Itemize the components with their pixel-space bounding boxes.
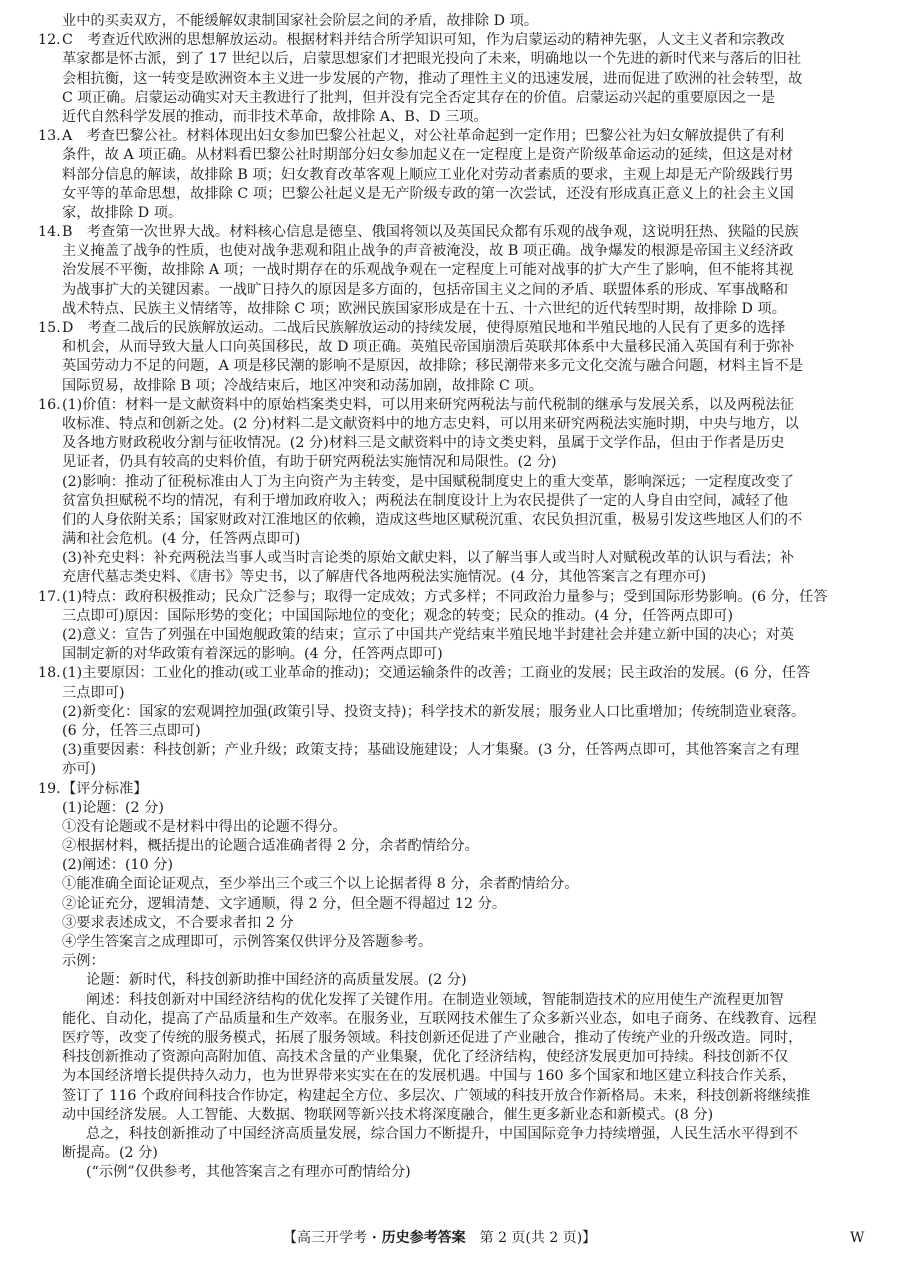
line-text: (6 分，任答三点即可) <box>62 723 201 739</box>
text-line: (1)论题：(2 分) <box>38 799 868 818</box>
footer-title: 【高三开学考 · 历史参考答案 第 2 页(共 2 页)】 <box>283 1228 596 1248</box>
line-text: (2)意义：宣告了列强在中国炮舰政策的结束；宣示了中国共产党结束半殖民地半封建社… <box>62 627 794 643</box>
text-line: 为本国经济增长提供持久动力，也为世界带来实实在在的发展机遇。中国与 160 多个… <box>38 1067 868 1086</box>
line-text: 示例： <box>62 953 105 969</box>
line-text: 论题：新时代，科技创新助推中国经济的高质量发展。(2 分) <box>86 972 467 988</box>
question-line: 18.(1)主要原因：工业化的推动(或工业革命的推动)；交通运输条件的改善；工商… <box>38 664 868 683</box>
line-text: 条件，故 A 项正确。从材料看巴黎公社时期部分妇女参加起义在一定程度上是资产阶级… <box>62 147 793 163</box>
line-text: ②论证充分，逻辑清楚、文字通顺，得 2 分，但全题不得超过 12 分。 <box>62 896 506 912</box>
question-number: 18. <box>38 664 62 683</box>
text-line: 治发展不平衡，故排除 A 项；一战时期存在的乐观战争观在一定程度上可能对战事的扩… <box>38 261 868 280</box>
text-line: 家，故排除 D 项。 <box>38 204 868 223</box>
text-line: 会相抗衡，这一转变是欧洲资本主义进一步发展的产物，推动了理性主义的迅速发展，进而… <box>38 70 868 89</box>
text-line: 国制定新的对华政策有着深远的影响。(4 分，任答两点即可) <box>38 645 868 664</box>
line-text: (1)价值：材料一是文献资料中的原始档案类史料，可以用来研究两税法与前代税制的继… <box>62 397 794 413</box>
line-text: 科技创新推动了资源向高附加值、高技术含量的产业集聚，优化了经济结构，使经济发展更… <box>62 1049 788 1065</box>
line-text: 战术特点、民族主义情绪等，故排除 C 项；欧洲民族国家形成是在十五、十六世纪的近… <box>62 301 786 317</box>
question-number: 19. <box>38 780 62 799</box>
line-text: ①能准确全面论证观点，至少举出三个或三个以上论据者得 8 分，余者酌情给分。 <box>62 876 579 892</box>
line-text: (3)补充史料：补充两税法当事人或当时言论类的原始文献史料，以了解当事人或当时人… <box>62 550 794 566</box>
line-text: 主义掩盖了战争的性质，也使对战争悲观和阻止战争的声音被淹没，故 B 项正确。战争… <box>62 243 793 259</box>
line-text: ①没有论题或不是材料中得出的论题不得分。 <box>62 819 347 835</box>
text-line: 近代自然科学发展的推动，而非技术革命，故排除 A、B、D 三项。 <box>38 108 868 127</box>
line-text: 们的人身依附关系；国家财政对江淮地区的依赖，造成这些地区赋税沉重、农民负担沉重，… <box>62 512 802 528</box>
line-text: C 项正确。启蒙运动确实对天主教进行了批判，但并没有完全否定其存在的价值。启蒙运… <box>62 90 775 106</box>
text-line: 满和社会危机。(4 分，任答两点即可) <box>38 530 868 549</box>
text-line: 料部分信息的解读，故排除 B 项；妇女教育改革客观上顺应工业化对劳动者素质的要求… <box>38 166 868 185</box>
text-line: 革家都是怀古派，到了 17 世纪以后，启蒙思想家们才把眼光投向了未来，明确地以一… <box>38 50 868 69</box>
line-text: 总之，科技创新推动了中国经济高质量发展，综合国力不断提升，中国国际竞争力持续增强… <box>86 1126 798 1142</box>
line-text: ③要求表述成文，不合要求者扣 2 分 <box>62 915 294 931</box>
line-text: (1)主要原因：工业化的推动(或工业革命的推动)；交通运输条件的改善；工商业的发… <box>62 665 810 681</box>
page-footer: 【高三开学考 · 历史参考答案 第 2 页(共 2 页)】 W <box>0 1228 900 1248</box>
line-text: (1)论题：(2 分) <box>62 800 164 816</box>
answer-document: 业中的买卖双方，不能缓解奴隶制国家社会阶层之间的矛盾，故排除 D 项。12.C … <box>38 12 868 1182</box>
line-text: 为战事扩大的关键因素。一战旷日持久的原因是多方面的，包括帝国主义之间的矛盾、联盟… <box>62 282 788 298</box>
text-line: 三点即可)原因：国际形势的变化；中国国际地位的变化；观念的转变；民众的推动。(4… <box>38 607 868 626</box>
text-line: 医疗等，改变了传统的服务模式，拓展了服务领域。科技创新还促进了产业融合，推动了传… <box>38 1029 868 1048</box>
text-line: 女平等的革命思想，故排除 C 项；巴黎公社起义是无产阶级专政的第一次尝试，还没有… <box>38 185 868 204</box>
question-line: 17.(1)特点：政府积极推动；民众广泛参与；取得一定成效；方式多样；不同政治力… <box>38 588 868 607</box>
text-line: 为战事扩大的关键因素。一战旷日持久的原因是多方面的，包括帝国主义之间的矛盾、联盟… <box>38 281 868 300</box>
text-line: (2)阐述：(10 分) <box>38 856 868 875</box>
text-line: 断提高。(2 分) <box>38 1144 868 1163</box>
question-line: 12.C 考查近代欧洲的思想解放运动。根据材料并结合所学知识可知，作为启蒙运动的… <box>38 31 868 50</box>
text-line: (“示例”仅供参考，其他答案言之有理亦可酌情给分) <box>38 1163 868 1182</box>
line-text: ②根据材料，概括提出的论题合适准确者得 2 分，余者酌情给分。 <box>62 838 479 854</box>
text-line: C 项正确。启蒙运动确实对天主教进行了批判，但并没有完全否定其存在的价值。启蒙运… <box>38 89 868 108</box>
question-line: 14.B 考查第一次世界大战。材料核心信息是德皇、俄国将领以及英国民众都有乐观的… <box>38 223 868 242</box>
text-line: 签订了 116 个政府间科技合作协定，构建起全方位、多层次、广领域的科技开放合作… <box>38 1087 868 1106</box>
line-text: (3)重要因素：科技创新；产业升级；政策支持；基础设施建设；人才集聚。(3 分，… <box>62 742 799 758</box>
text-line: 见证者，仍具有较高的史料价值，有助于研究两税法实施情况和局限性。(2 分) <box>38 453 868 472</box>
text-line: 及各地方财政税收分割与征收情况。(2 分)材料三是文献资料中的诗文类史料，虽属于… <box>38 434 868 453</box>
text-line: 三点即可) <box>38 684 868 703</box>
text-line: ②论证充分，逻辑清楚、文字通顺，得 2 分，但全题不得超过 12 分。 <box>38 895 868 914</box>
line-text: A 考查巴黎公社。材料体现出妇女参加巴黎公社起义，对公社革命起到一定作用；巴黎公… <box>62 128 784 144</box>
line-text: 料部分信息的解读，故排除 B 项；妇女教育改革客观上顺应工业化对劳动者素质的要求… <box>62 167 793 183</box>
line-text: 【评分标准】 <box>62 781 147 797</box>
text-line: 总之，科技创新推动了中国经济高质量发展，综合国力不断提升，中国国际竞争力持续增强… <box>38 1125 868 1144</box>
line-text: 阐述：科技创新对中国经济结构的优化发挥了关键作用。在制造业领域，智能制造技术的应… <box>86 992 784 1008</box>
text-line: (6 分，任答三点即可) <box>38 722 868 741</box>
line-text: (“示例”仅供参考，其他答案言之有理亦可酌情给分) <box>86 1164 411 1180</box>
line-text: 会相抗衡，这一转变是欧洲资本主义进一步发展的产物，推动了理性主义的迅速发展，进而… <box>62 71 802 87</box>
line-text: 签订了 116 个政府间科技合作协定，构建起全方位、多层次、广领域的科技开放合作… <box>62 1088 810 1104</box>
text-line: 动中国经济发展。人工智能、大数据、物联网等新兴技术将深度融合，催生更多新业态和新… <box>38 1106 868 1125</box>
text-line: 阐述：科技创新对中国经济结构的优化发挥了关键作用。在制造业领域，智能制造技术的应… <box>38 991 868 1010</box>
line-text: 近代自然科学发展的推动，而非技术革命，故排除 A、B、D 三项。 <box>62 109 488 125</box>
line-text: 及各地方财政税收分割与征收情况。(2 分)材料三是文献资料中的诗文类史料，虽属于… <box>62 435 784 451</box>
text-line: 贫富负担赋税不均的情况，有利于增加政府收入；两税法在制度设计上为农民提供了一定的… <box>38 492 868 511</box>
line-text: 革家都是怀古派，到了 17 世纪以后，启蒙思想家们才把眼光投向了未来，明确地以一… <box>62 51 801 67</box>
text-line: 英国劳动力不足的问题，A 项是移民潮的影响不是原因，故排除；移民潮带来多元文化交… <box>38 357 868 376</box>
line-text: 充唐代墓志类史料、《唐书》等史书，以了解唐代各地两税法实施情况。(4 分，其他答… <box>62 569 706 585</box>
line-text: 医疗等，改变了传统的服务模式，拓展了服务领域。科技创新还促进了产业融合，推动了传… <box>62 1030 802 1046</box>
footer-separator: · <box>367 1230 382 1246</box>
line-text: 治发展不平衡，故排除 A 项；一战时期存在的乐观战争观在一定程度上可能对战事的扩… <box>62 262 793 278</box>
text-line: 论题：新时代，科技创新助推中国经济的高质量发展。(2 分) <box>38 971 868 990</box>
text-line: 充唐代墓志类史料、《唐书》等史书，以了解唐代各地两税法实施情况。(4 分，其他答… <box>38 568 868 587</box>
line-text: 收标准、特点和创新之处。(2 分)材料二是文献资料中的地方志史料，可以用来研究两… <box>62 416 799 432</box>
line-text: (1)特点：政府积极推动；民众广泛参与；取得一定成效；方式多样；不同政治力量参与… <box>62 589 828 605</box>
line-text: 女平等的革命思想，故排除 C 项；巴黎公社起义是无产阶级专政的第一次尝试，还没有… <box>62 186 794 202</box>
line-text: 业中的买卖双方，不能缓解奴隶制国家社会阶层之间的矛盾，故排除 D 项。 <box>62 13 538 29</box>
line-text: 贫富负担赋税不均的情况，有利于增加政府收入；两税法在制度设计上为农民提供了一定的… <box>62 493 788 509</box>
text-line: 示例： <box>38 952 868 971</box>
text-line: ④学生答案言之成理即可，示例答案仅供评分及答题参考。 <box>38 933 868 952</box>
line-text: (2)影响：推动了征税标准由人丁为主向资产为主转变，是中国赋税制度史上的重大变革… <box>62 474 794 490</box>
line-text: 满和社会危机。(4 分，任答两点即可) <box>62 531 300 547</box>
line-text: 英国劳动力不足的问题，A 项是移民潮的影响不是原因，故排除；移民潮带来多元文化交… <box>62 358 803 374</box>
text-line: ②根据材料，概括提出的论题合适准确者得 2 分，余者酌情给分。 <box>38 837 868 856</box>
footer-exam-name: 高三开学考 <box>297 1230 367 1246</box>
line-text: 国制定新的对华政策有着深远的影响。(4 分，任答两点即可) <box>62 646 443 662</box>
text-line: 国际贸易，故排除 B 项；冷战结束后，地区冲突和动荡加剧，故排除 C 项。 <box>38 377 868 396</box>
text-line: 收标准、特点和创新之处。(2 分)材料二是文献资料中的地方志史料，可以用来研究两… <box>38 415 868 434</box>
text-line: (2)新变化：国家的宏观调控加强(政策引导、投资支持)；科学技术的新发展；服务业… <box>38 703 868 722</box>
question-line: 16.(1)价值：材料一是文献资料中的原始档案类史料，可以用来研究两税法与前代税… <box>38 396 868 415</box>
line-text: (2)新变化：国家的宏观调控加强(政策引导、投资支持)；科学技术的新发展；服务业… <box>62 704 805 720</box>
question-number: 13. <box>38 127 62 146</box>
footer-close-bracket: 】 <box>582 1230 596 1246</box>
question-line: 13.A 考查巴黎公社。材料体现出妇女参加巴黎公社起义，对公社革命起到一定作用；… <box>38 127 868 146</box>
text-line: (2)意义：宣告了列强在中国炮舰政策的结束；宣示了中国共产党结束半殖民地半封建社… <box>38 626 868 645</box>
footer-page-info: 第 2 页(共 2 页) <box>466 1230 583 1246</box>
text-line: (3)补充史料：补充两税法当事人或当时言论类的原始文献史料，以了解当事人或当时人… <box>38 549 868 568</box>
line-text: 断提高。(2 分) <box>62 1145 158 1161</box>
text-line: 科技创新推动了资源向高附加值、高技术含量的产业集聚，优化了经济结构，使经济发展更… <box>38 1048 868 1067</box>
text-line: 能化、自动化，提高了产品质量和生产效率。在服务业，互联网技术催生了众多新兴业态，… <box>38 1010 868 1029</box>
text-line: 们的人身依附关系；国家财政对江淮地区的依赖，造成这些地区赋税沉重、农民负担沉重，… <box>38 511 868 530</box>
line-text: 能化、自动化，提高了产品质量和生产效率。在服务业，互联网技术催生了众多新兴业态，… <box>62 1011 817 1027</box>
question-number: 17. <box>38 588 62 607</box>
line-text: 家，故排除 D 项。 <box>62 205 182 221</box>
line-text: 动中国经济发展。人工智能、大数据、物联网等新兴技术将深度融合，催生更多新业态和新… <box>62 1107 713 1123</box>
line-text: 三点即可) <box>62 685 125 701</box>
footer-mark: W <box>850 1228 864 1248</box>
text-line: ③要求表述成文，不合要求者扣 2 分 <box>38 914 868 933</box>
line-text: 和机会，从而导致大量人口向英国移民，故 D 项正确。英殖民帝国崩溃后英联邦体系中… <box>62 339 794 355</box>
text-line: 业中的买卖双方，不能缓解奴隶制国家社会阶层之间的矛盾，故排除 D 项。 <box>38 12 868 31</box>
text-line: ①没有论题或不是材料中得出的论题不得分。 <box>38 818 868 837</box>
text-line: (2)影响：推动了征税标准由人丁为主向资产为主转变，是中国赋税制度史上的重大变革… <box>38 473 868 492</box>
text-line: ①能准确全面论证观点，至少举出三个或三个以上论据者得 8 分，余者酌情给分。 <box>38 875 868 894</box>
line-text: 国际贸易，故排除 B 项；冷战结束后，地区冲突和动荡加剧，故排除 C 项。 <box>62 378 543 394</box>
line-text: 亦可) <box>62 761 96 777</box>
line-text: C 考查近代欧洲的思想解放运动。根据材料并结合所学知识可知，作为启蒙运动的精神先… <box>62 32 785 48</box>
text-line: 条件，故 A 项正确。从材料看巴黎公社时期部分妇女参加起义在一定程度上是资产阶级… <box>38 146 868 165</box>
question-line: 19.【评分标准】 <box>38 780 868 799</box>
question-number: 16. <box>38 396 62 415</box>
line-text: B 考查第一次世界大战。材料核心信息是德皇、俄国将领以及英国民众都有乐观的战争观… <box>62 224 799 240</box>
text-line: (3)重要因素：科技创新；产业升级；政策支持；基础设施建设；人才集聚。(3 分，… <box>38 741 868 760</box>
question-line: 15.D 考查二战后的民族解放运动。二战后民族解放运动的持续发展，使得原殖民地和… <box>38 319 868 338</box>
footer-subject: 历史参考答案 <box>382 1230 466 1246</box>
line-text: D 考查二战后的民族解放运动。二战后民族解放运动的持续发展，使得原殖民地和半殖民… <box>62 320 785 336</box>
text-line: 主义掩盖了战争的性质，也使对战争悲观和阻止战争的声音被淹没，故 B 项正确。战争… <box>38 242 868 261</box>
footer-open-bracket: 【 <box>283 1230 297 1246</box>
text-line: 和机会，从而导致大量人口向英国移民，故 D 项正确。英殖民帝国崩溃后英联邦体系中… <box>38 338 868 357</box>
question-number: 14. <box>38 223 62 242</box>
line-text: 为本国经济增长提供持久动力，也为世界带来实实在在的发展机遇。中国与 160 多个… <box>62 1068 796 1084</box>
question-number: 12. <box>38 31 62 50</box>
line-text: (2)阐述：(10 分) <box>62 857 173 873</box>
text-line: 战术特点、民族主义情绪等，故排除 C 项；欧洲民族国家形成是在十五、十六世纪的近… <box>38 300 868 319</box>
line-text: 见证者，仍具有较高的史料价值，有助于研究两税法实施情况和局限性。(2 分) <box>62 454 557 470</box>
question-number: 15. <box>38 319 62 338</box>
line-text: ④学生答案言之成理即可，示例答案仅供评分及答题参考。 <box>62 934 432 950</box>
line-text: 三点即可)原因：国际形势的变化；中国国际地位的变化；观念的转变；民众的推动。(4… <box>62 608 733 624</box>
text-line: 亦可) <box>38 760 868 779</box>
